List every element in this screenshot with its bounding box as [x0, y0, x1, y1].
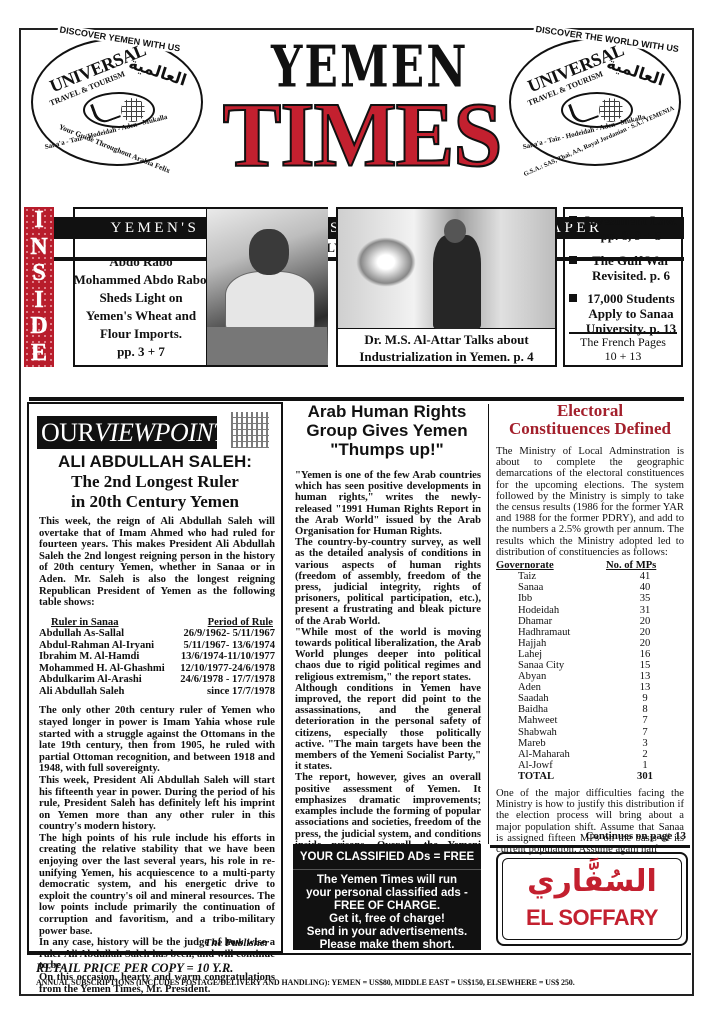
table-row: Baidha8	[496, 704, 684, 715]
governorate: Aden	[496, 682, 606, 693]
teaser-line: Yemen's Wheat and	[75, 307, 207, 325]
table-row: Mohammed H. Al-Ghashmi12/10/1977-24/6/19…	[39, 663, 275, 675]
classified-ads-box[interactable]: YOUR CLASSIFIED ADs = FREE The Yemen Tim…	[293, 844, 481, 950]
ad-arabic-name: السُفَّاري	[503, 859, 681, 905]
classified-line: Please make them short.	[293, 939, 481, 952]
column-header: No. of MPs	[606, 560, 684, 571]
masthead-title-times: TIMES	[221, 94, 503, 178]
divider	[490, 845, 690, 848]
teaser-line: pp. 3 + 7	[75, 343, 207, 361]
mp-count: 35	[606, 593, 684, 604]
total-value: 301	[606, 771, 684, 782]
ruler-period: since 17/7/1978	[174, 686, 275, 698]
governorate: Sanaa City	[496, 660, 606, 671]
photo-detail	[225, 271, 315, 331]
paragraph: "While most of the world is moving towar…	[295, 627, 481, 683]
mp-count: 16	[606, 649, 684, 660]
ruler-name: Mohammed H. Al-Ghashmi	[39, 663, 174, 675]
divider	[27, 953, 691, 955]
index-item-investment-law[interactable]: Investment Law. pp. 8, 9 + 5	[569, 213, 681, 243]
inside-label: I N S I D E	[24, 207, 54, 367]
square-bullet-icon	[569, 294, 577, 302]
column-header: Period of Rule	[174, 617, 275, 629]
paragraph: This week, the reign of Ali Abdullah Sal…	[39, 516, 275, 609]
table-row: Hadhramaut20	[496, 627, 684, 638]
caption-line: Industrialization in Yemen. p. 4	[338, 348, 555, 365]
item-title: The Gulf War	[569, 253, 681, 268]
ruler-name: Abdul-Rahman Al-Iryani	[39, 640, 174, 652]
paragraph: The Ministry of Local Adminstration is a…	[496, 446, 684, 558]
subscription-rates: ANNUAL SUBSCRIPTIONS (INCLUDES POSTAGE/D…	[36, 978, 575, 987]
table-row: Ibb35	[496, 593, 684, 604]
mp-count: 13	[606, 682, 684, 693]
banner-our: OUR	[41, 418, 94, 447]
headline-line: The 2nd Longest Ruler	[29, 472, 281, 492]
table-row: Abdul-Rahman Al-Iryani5/11/1967- 13/6/19…	[39, 640, 275, 652]
our-viewpoint-banner: OURVIEWPOINT	[37, 416, 217, 449]
teaser-line: Abdo Rabo	[75, 253, 207, 271]
table-row: Mareb3	[496, 738, 684, 749]
classified-title: YOUR CLASSIFIED ADs = FREE	[293, 844, 481, 870]
headline-line: "Thumps up!"	[291, 440, 483, 459]
editorial-signature: The Publisher	[205, 937, 269, 949]
ruler-name: Abdullah As-Sallal	[39, 628, 174, 640]
governorate: Al-Jowf	[496, 760, 606, 771]
classified-line: FREE OF CHARGE.	[293, 900, 481, 913]
table-row: Al-Jowf1	[496, 760, 684, 771]
ruler-name: Ibrahim M. Al-Hamdi	[39, 651, 174, 663]
classified-line: your personal classified ads -	[293, 887, 481, 900]
inside-letter: N	[24, 234, 54, 261]
story-teaser: Abdo Rabo Mohammed Abdo Rabo Sheds Light…	[75, 253, 207, 361]
governorate: Saadah	[496, 693, 606, 704]
item-pages: Revisited. p. 6	[569, 268, 681, 283]
governorate: Lahej	[496, 649, 606, 660]
governorate: Hadhramaut	[496, 627, 606, 638]
column-header: Governorate	[496, 560, 606, 571]
editorial-headline: The 2nd Longest Ruler in 20th Century Ye…	[29, 472, 281, 512]
item-pages: pp. 8, 9 + 5	[569, 228, 681, 243]
ruler-period: 26/9/1962- 5/11/1967	[174, 628, 275, 640]
paragraph: "Yemen is one of the few Arab countries …	[295, 470, 481, 537]
table-row: Al-Maharah2	[496, 749, 684, 760]
mp-count: 8	[606, 704, 684, 715]
table-row: Sanaa40	[496, 582, 684, 593]
photo-detail	[249, 229, 289, 275]
ruler-period: 5/11/1967- 13/6/1974	[174, 640, 275, 652]
photo-detail	[207, 327, 327, 365]
photo-detail	[444, 219, 466, 243]
ruler-period: 13/6/1974-11/10/1977	[174, 651, 275, 663]
governorate: Sanaa	[496, 582, 606, 593]
item-title: 17,000 Students Apply to Sanaa	[569, 291, 681, 321]
inside-story-industrialization[interactable]: Dr. M.S. Al-Attar Talks about Industrial…	[336, 207, 557, 367]
table-row: Hodeidah31	[496, 605, 684, 616]
column-divider	[488, 404, 489, 844]
continues-link[interactable]: Continues on page 13	[585, 830, 686, 842]
mp-count: 7	[606, 727, 684, 738]
governorate: Mareb	[496, 738, 606, 749]
photo-detail	[356, 237, 416, 287]
inside-letter: E	[24, 340, 54, 367]
photo-detail	[433, 235, 481, 329]
table-row: Sanaa City15	[496, 660, 684, 671]
inside-story-wheat-imports[interactable]: Abdo Rabo Mohammed Abdo Rabo Sheds Light…	[73, 207, 328, 367]
inside-letter: I	[24, 287, 54, 314]
caption-line: Dr. M.S. Al-Attar Talks about	[338, 331, 555, 348]
article-headline[interactable]: Arab Human Rights Group Gives Yemen "Thu…	[291, 402, 483, 459]
table-row: Lahej16	[496, 649, 684, 660]
retail-price: RETAIL PRICE PER COPY = 10 Y.R.	[36, 961, 233, 976]
mp-count: 2	[606, 749, 684, 760]
mp-count: 20	[606, 638, 684, 649]
human-rights-article: Arab Human Rights Group Gives Yemen "Thu…	[291, 402, 483, 953]
classified-line: Get it, free of charge!	[293, 913, 481, 926]
teaser-line: Mohammed Abdo Rabo	[73, 271, 207, 289]
mp-count: 7	[606, 715, 684, 726]
headline-line: in 20th Century Yemen	[29, 492, 281, 512]
table-row: Dhamar20	[496, 616, 684, 627]
table-row: Ali Abdullah Salehsince 17/7/1978	[39, 686, 275, 698]
square-bullet-icon	[569, 216, 577, 224]
article-body: The Ministry of Local Adminstration is a…	[496, 446, 684, 855]
mp-count: 1	[606, 760, 684, 771]
photo-caption: Dr. M.S. Al-Attar Talks about Industrial…	[338, 329, 555, 365]
inside-index-list: Investment Law. pp. 8, 9 + 5 The Gulf Wa…	[563, 207, 683, 367]
mp-count: 15	[606, 660, 684, 671]
classified-line: The Yemen Times will run	[293, 874, 481, 887]
paragraph: The country-by-country survey, as well a…	[295, 537, 481, 627]
mp-count: 13	[606, 671, 684, 682]
portrait-photo	[206, 209, 328, 365]
french-title: The French Pages	[565, 335, 681, 349]
governorate: Dhamar	[496, 616, 606, 627]
paragraph: The high points of his rule include his …	[39, 833, 275, 937]
governorate: Abyan	[496, 671, 606, 682]
governorate: Hajjah	[496, 638, 606, 649]
column-header: Ruler in Sanaa	[39, 617, 174, 629]
rulers-table: Ruler in Sanaa Period of Rule Abdullah A…	[39, 617, 275, 698]
paragraph: Although conditions in Yemen have improv…	[295, 683, 481, 773]
table-row: Abyan13	[496, 671, 684, 682]
governorate: Ibb	[496, 593, 606, 604]
headline-line: Electoral	[490, 402, 690, 420]
inside-letter: D	[24, 313, 54, 340]
ad-arabic: العالمية	[126, 53, 188, 89]
mp-count: 31	[606, 605, 684, 616]
ad-arabic: العالمية	[604, 53, 666, 89]
teaser-line: Sheds Light on	[75, 289, 207, 307]
table-row: Saadah9	[496, 693, 684, 704]
ruler-period: 12/10/1977-24/6/1978	[174, 663, 275, 675]
mp-count: 20	[606, 616, 684, 627]
classified-body: The Yemen Times will run your personal c…	[293, 870, 481, 952]
governorate: Al-Maharah	[496, 749, 606, 760]
table-row: Ibrahim M. Al-Hamdi13/6/1974-11/10/1977	[39, 651, 275, 663]
ad-latin-name: EL SOFFARY	[503, 905, 681, 931]
universal-travel-ad-left[interactable]: DISCOVER YEMEN WITH US UNIVERSAL TRAVEL …	[31, 38, 203, 166]
french-pages: 10 + 13	[565, 349, 681, 363]
table-row: Taiz41	[496, 571, 684, 582]
electoral-article: Electoral Constituences Defined The Mini…	[490, 402, 690, 842]
paragraph: The only other 20th century ruler of Yem…	[39, 705, 275, 775]
ruler-period: 24/6/1978 - 17/7/1978	[174, 674, 275, 686]
table-row: Mahweet7	[496, 715, 684, 726]
inside-letter: S	[24, 260, 54, 287]
classified-line: Send in your advertisements.	[293, 926, 481, 939]
item-title: Investment Law.	[569, 213, 681, 228]
governorate: Taiz	[496, 571, 606, 582]
mp-count: 40	[606, 582, 684, 593]
governorate: Shabwah	[496, 727, 606, 738]
mp-count: 41	[606, 571, 684, 582]
governorate: Baidha	[496, 704, 606, 715]
interview-photo	[338, 209, 555, 329]
teaser-line: Flour Imports.	[75, 325, 207, 343]
headline-line: Group Gives Yemen	[291, 421, 483, 440]
editorial-box: OURVIEWPOINT ALI ABDULLAH SALEH: The 2nd…	[27, 402, 283, 953]
ruler-name: Abdulkarim Al-Arashi	[39, 674, 174, 686]
index-item-french-pages[interactable]: The French Pages 10 + 13	[565, 335, 681, 363]
governorate: Mahweet	[496, 715, 606, 726]
square-bullet-icon	[569, 256, 577, 264]
inside-letter: I	[24, 207, 54, 234]
total-label: TOTAL	[496, 771, 606, 782]
mp-count: 9	[606, 693, 684, 704]
table-row: Abdullah As-Sallal26/9/1962- 5/11/1967	[39, 628, 275, 640]
divider	[569, 332, 677, 334]
editorial-kicker: ALI ABDULLAH SALEH:	[29, 452, 281, 472]
constituencies-table: Governorate No. of MPs Taiz41 Sanaa40 Ib…	[496, 560, 684, 782]
ruler-name: Ali Abdullah Saleh	[39, 686, 174, 698]
index-item-gulf-war[interactable]: The Gulf War Revisited. p. 6	[569, 253, 681, 283]
headline-line: Constituences Defined	[490, 420, 690, 438]
building-illustration-icon	[231, 412, 269, 448]
table-row: Aden13	[496, 682, 684, 693]
article-body: "Yemen is one of the few Arab countries …	[295, 470, 481, 873]
table-row: Abdulkarim Al-Arashi24/6/1978 - 17/7/197…	[39, 674, 275, 686]
el-soffary-ad[interactable]: السُفَّاري EL SOFFARY	[496, 852, 688, 946]
mp-count: 20	[606, 627, 684, 638]
governorate: Hodeidah	[496, 605, 606, 616]
universal-travel-ad-right[interactable]: DISCOVER THE WORLD WITH US UNIVERSAL TRA…	[509, 38, 681, 166]
ad-inner-frame: السُفَّاري EL SOFFARY	[502, 858, 682, 940]
table-row: Shabwah7	[496, 727, 684, 738]
index-item-students[interactable]: 17,000 Students Apply to Sanaa Universit…	[569, 291, 681, 336]
paragraph: This week, President Ali Abdullah Saleh …	[39, 775, 275, 833]
mp-count: 3	[606, 738, 684, 749]
editorial-body: This week, the reign of Ali Abdullah Sal…	[39, 516, 275, 995]
table-row: Hajjah20	[496, 638, 684, 649]
article-headline[interactable]: Electoral Constituences Defined	[490, 402, 690, 438]
banner-viewpoint: VIEWPOINT	[94, 418, 227, 447]
headline-line: Arab Human Rights	[291, 402, 483, 421]
table-total-row: TOTAL301	[496, 771, 684, 782]
